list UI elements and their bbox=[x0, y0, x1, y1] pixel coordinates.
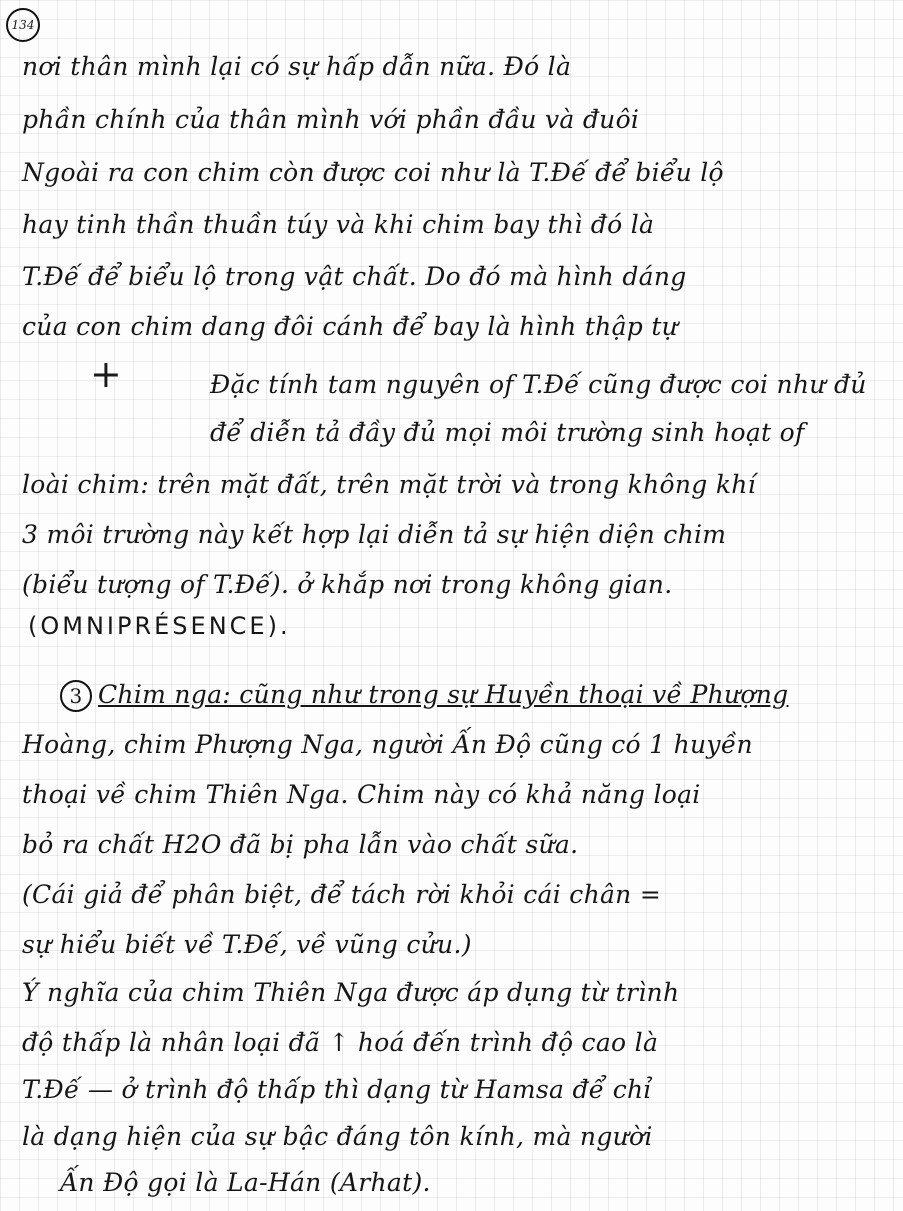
text-line: Ngoài ra con chim còn được coi như là T.… bbox=[22, 158, 724, 187]
text-line: Ý nghĩa của chim Thiên Nga được áp dụng … bbox=[22, 978, 679, 1007]
text-line: thoại về chim Thiên Nga. Chim này có khả… bbox=[22, 780, 701, 809]
text-line: hay tinh thần thuần túy và khi chim bay … bbox=[22, 210, 654, 239]
text-line: (Cái giả để phân biệt, để tách rời khỏi … bbox=[22, 880, 661, 909]
text-line: 3 môi trường này kết hợp lại diễn tả sự … bbox=[22, 520, 726, 549]
cross-symbol: + bbox=[90, 352, 122, 396]
text-line: để diễn tả đầy đủ mọi môi trường sinh ho… bbox=[210, 418, 805, 447]
section-title: Chim nga: cũng như trong sự Huyền thoại … bbox=[98, 680, 788, 709]
section-heading: 3Chim nga: cũng như trong sự Huyền thoại… bbox=[60, 680, 788, 712]
text-line: loài chim: trên mặt đất, trên mặt trời v… bbox=[22, 470, 756, 499]
page-number: 134 bbox=[6, 8, 40, 42]
text-line: nơi thân mình lại có sự hấp dẫn nữa. Đó … bbox=[22, 52, 571, 81]
text-line: bỏ ra chất H2O đã bị pha lẫn vào chất sữ… bbox=[22, 830, 578, 859]
text-line: T.Đế để biểu lộ trong vật chất. Do đó mà… bbox=[22, 262, 687, 291]
text-line: Ấn Độ gọi là La-Hán (Arhat). bbox=[60, 1168, 431, 1197]
text-line: (biểu tượng of T.Đế). ở khắp nơi trong k… bbox=[22, 570, 672, 599]
text-line: độ thấp là nhân loại đã ↑ hoá đến trình … bbox=[22, 1028, 658, 1057]
section-marker: 3 bbox=[60, 680, 92, 712]
text-line: là dạng hiện của sự bậc đáng tôn kính, m… bbox=[22, 1122, 653, 1151]
text-line: của con chim dang đôi cánh để bay là hìn… bbox=[22, 312, 678, 341]
text-line: Đặc tính tam nguyên of T.Đế cũng được co… bbox=[210, 370, 867, 399]
text-line: sự hiểu biết về T.Đế, về vũng cửu.) bbox=[22, 930, 472, 959]
text-line: Hoàng, chim Phượng Nga, người Ấn Độ cũng… bbox=[22, 730, 753, 759]
text-line: T.Đế — ở trình độ thấp thì dạng từ Hamsa… bbox=[22, 1075, 652, 1104]
text-line-caps: (OMNIPRÉSENCE). bbox=[28, 612, 291, 640]
text-line: phần chính của thân mình với phần đầu và… bbox=[22, 105, 639, 134]
